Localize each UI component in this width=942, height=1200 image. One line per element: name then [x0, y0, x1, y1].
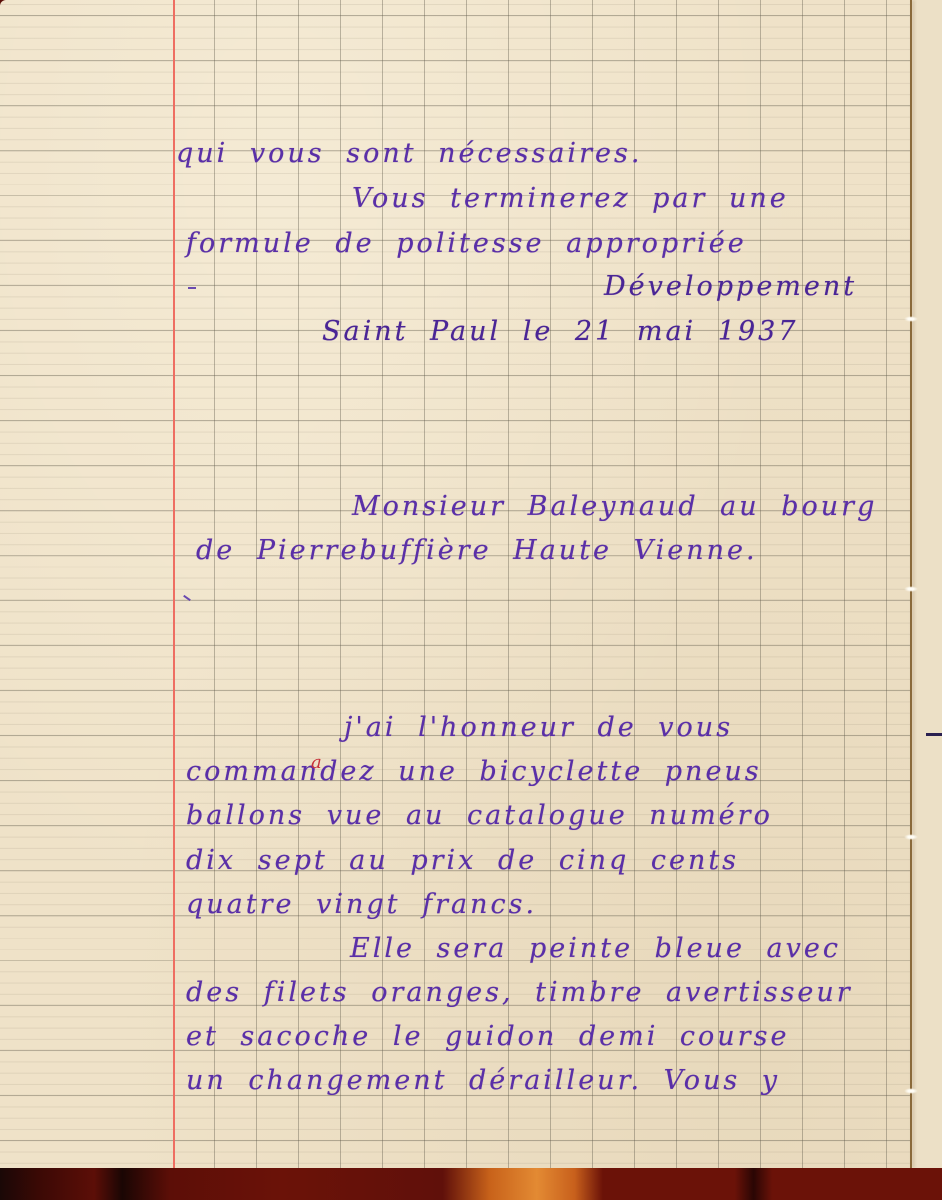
- instruction-line: formule de politesse appropriée: [186, 228, 747, 259]
- notebook-page: qui vous sont nécessaires. Vous terminer…: [0, 0, 942, 1168]
- binding-stitch: [904, 1088, 918, 1094]
- recipient-line: Monsieur Baleynaud au bourg: [352, 491, 877, 522]
- recipient-line: de Pierrebuffière Haute Vienne.: [196, 535, 758, 566]
- section-heading: Développement: [604, 271, 857, 302]
- letter-body-line: et sacoche le guidon demi course: [186, 1021, 789, 1052]
- letter-body-line: un changement dérailleur. Vous y: [186, 1065, 780, 1096]
- notebook-binding: [910, 0, 912, 1168]
- binding-stitch: [904, 316, 918, 322]
- ink-dash: [188, 287, 196, 289]
- letter-body-line: dix sept au prix de cinq cents: [186, 845, 739, 876]
- facing-page-edge: [912, 0, 942, 1168]
- letter-body-line: quatre vingt francs.: [186, 889, 537, 920]
- binding-stitch: [904, 586, 918, 592]
- letter-body-line: j'ai l'honneur de vous: [344, 712, 733, 743]
- background-surface: [0, 1168, 942, 1200]
- letter-body-line: ballons vue au catalogue numéro: [186, 800, 773, 831]
- letter-body-line: Elle sera peinte bleue avec: [350, 933, 841, 964]
- ink-mark: [926, 733, 942, 736]
- binding-stitch: [904, 834, 918, 840]
- letter-body-line: des filets oranges, timbre avertisseur: [186, 977, 853, 1008]
- letter-body-line: commandez une bicyclette pneus: [186, 756, 762, 787]
- red-margin-line: [173, 0, 175, 1168]
- teacher-correction: a: [311, 752, 322, 773]
- letter-dateline: Saint Paul le 21 mai 1937: [322, 316, 798, 347]
- instruction-line: qui vous sont nécessaires.: [176, 138, 642, 169]
- instruction-line: Vous terminerez par une: [352, 183, 789, 214]
